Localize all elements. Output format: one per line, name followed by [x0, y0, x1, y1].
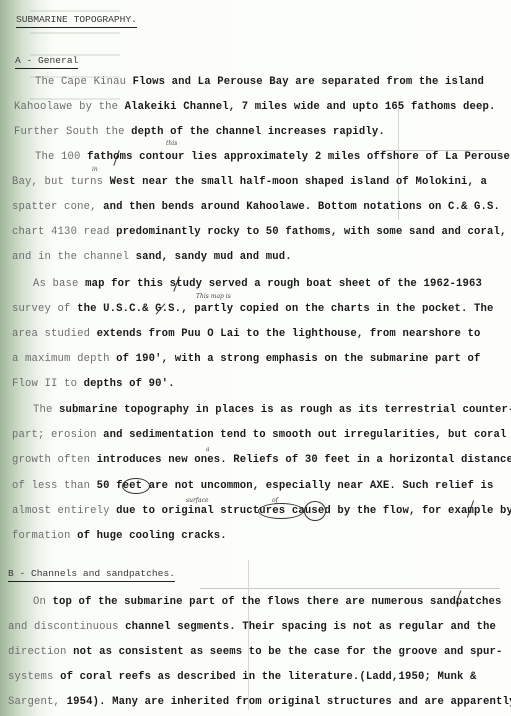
circled-word	[258, 503, 304, 519]
text-line: part; erosion and sedimentation tend to …	[12, 428, 507, 442]
circled-word	[122, 478, 150, 494]
document-page: SUBMARINE TOPOGRAPHY. A - General The Ca…	[0, 0, 511, 716]
text-line: On top of the submarine part of the flow…	[33, 595, 502, 609]
handwritten-annotation: surface	[186, 497, 209, 504]
section-heading-b: B - Channels and sandpatches.	[8, 568, 175, 582]
text-line: Kahoolawe by the Alakeiki Channel, 7 mil…	[14, 100, 496, 114]
handwritten-annotation: this	[166, 140, 177, 147]
text-line: systems of coral reefs as described in t…	[8, 670, 477, 684]
text-line: Sargent, 1954). Many are inherited from …	[8, 695, 511, 709]
document-title: SUBMARINE TOPOGRAPHY.	[16, 14, 137, 28]
text-line: As base map for this study served a roug…	[33, 277, 482, 291]
text-line: and in the channel sand, sandy mud and m…	[12, 250, 292, 264]
scan-rule	[200, 588, 500, 589]
section-heading-a: A - General	[15, 55, 78, 69]
text-line: spatter cone, and then bends around Kaho…	[12, 200, 500, 214]
text-line: Further South the depth of the channel i…	[14, 125, 385, 139]
handwritten-annotation: This map is	[196, 293, 231, 300]
text-line: of less than 50 feet are not uncommon, e…	[12, 479, 494, 493]
scan-rule	[248, 560, 249, 710]
text-line: growth often introduces new ones. Relief…	[12, 453, 511, 467]
text-line: Flow II to depths of 90'.	[12, 377, 175, 391]
text-line: The 100 fathoms contour lies approximate…	[35, 150, 510, 164]
text-line: formation of huge cooling cracks.	[12, 529, 227, 543]
text-line: The Cape Kinau Flows and La Perouse Bay …	[35, 75, 484, 89]
text-line: chart 4130 read predominantly rocky to 5…	[12, 225, 507, 239]
text-line: Bay, but turns West near the small half-…	[12, 175, 487, 189]
circled-word	[304, 501, 326, 521]
handwritten-annotation: a	[206, 446, 210, 453]
text-line: survey of the U.S.C.& G.S., partly copie…	[12, 302, 494, 316]
text-line: a maximum depth of 190', with a strong e…	[12, 352, 481, 366]
text-line: direction not as consistent as seems to …	[8, 645, 503, 659]
text-line: and discontinuous channel segments. Thei…	[8, 620, 496, 634]
text-line: The submarine topography in places is as…	[33, 403, 511, 417]
text-line: area studied extends from Puu O Lai to t…	[12, 327, 481, 341]
handwritten-annotation: in	[92, 166, 98, 173]
